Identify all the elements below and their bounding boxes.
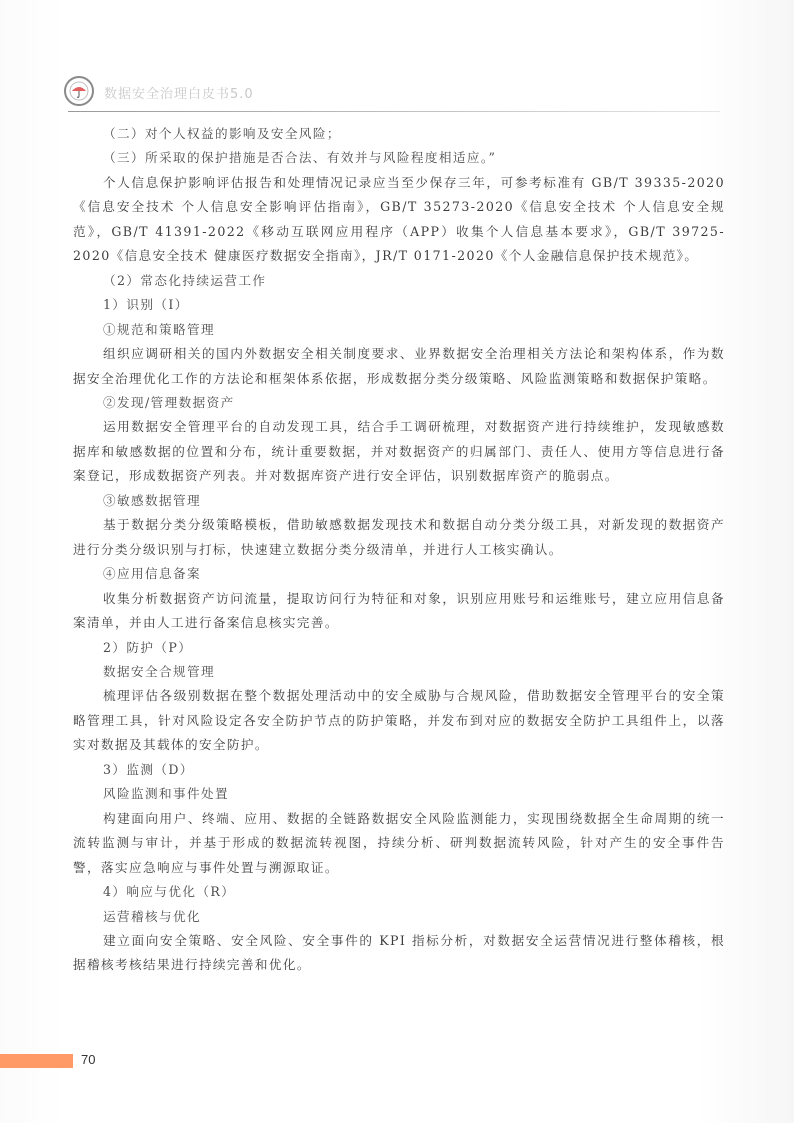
list-item: （二）对个人权益的影响及安全风险；	[73, 122, 725, 146]
list-item: （三）所采取的保护措施是否合法、有效并与风险程度相适应。”	[73, 146, 725, 170]
subsection-heading: 4）响应与优化（R）	[73, 880, 725, 904]
item-heading: 风险监测和事件处置	[73, 782, 725, 806]
item-heading: ①规范和策略管理	[73, 318, 725, 342]
item-heading: ④应用信息备案	[73, 562, 725, 586]
item-heading: 运营稽核与优化	[73, 905, 725, 929]
paragraph: 基于数据分类分级策略模板，借助敏感数据发现技术和数据自动分类分级工具，对新发现的…	[73, 513, 725, 562]
page-number: 70	[81, 1052, 95, 1067]
subsection-heading: 1）识别（I）	[73, 293, 725, 317]
subsection-heading: 2）防护（P）	[73, 636, 725, 660]
paragraph: 构建面向用户、终端、应用、数据的全链路数据安全风险监测能力，实现围绕数据全生命周…	[73, 807, 725, 880]
document-page: 数据安全治理白皮书5.0 （二）对个人权益的影响及安全风险； （三）所采取的保护…	[0, 0, 794, 1123]
body-text: （二）对个人权益的影响及安全风险； （三）所采取的保护措施是否合法、有效并与风险…	[73, 122, 725, 978]
paragraph: 收集分析数据资产访问流量，提取访问行为特征和对象，识别应用账号和运维账号，建立应…	[73, 587, 725, 636]
header-title: 数据安全治理白皮书5.0	[104, 83, 254, 102]
section-heading: （2）常态化持续运营工作	[73, 269, 725, 293]
paragraph: 梳理评估各级别数据在整个数据处理活动中的安全威胁与合规风险，借助数据安全管理平台…	[73, 684, 725, 757]
header-divider	[68, 111, 720, 112]
item-heading: ③敏感数据管理	[73, 489, 725, 513]
footer-accent-bar	[0, 1054, 73, 1068]
paragraph: 个人信息保护影响评估报告和处理情况记录应当至少保存三年，可参考标准有 GB/T …	[73, 171, 725, 269]
paragraph: 建立面向安全策略、安全风险、安全事件的 KPI 指标分析，对数据安全运营情况进行…	[73, 929, 725, 978]
running-header: 数据安全治理白皮书5.0	[64, 76, 724, 112]
item-heading: 数据安全合规管理	[73, 660, 725, 684]
subsection-heading: 3）监测（D）	[73, 758, 725, 782]
umbrella-seal-icon	[64, 76, 94, 106]
paragraph: 运用数据安全管理平台的自动发现工具，结合手工调研梳理，对数据资产进行持续维护，发…	[73, 415, 725, 488]
item-heading: ②发现/管理数据资产	[73, 391, 725, 415]
paragraph: 组织应调研相关的国内外数据安全相关制度要求、业界数据安全治理相关方法论和架构体系…	[73, 342, 725, 391]
